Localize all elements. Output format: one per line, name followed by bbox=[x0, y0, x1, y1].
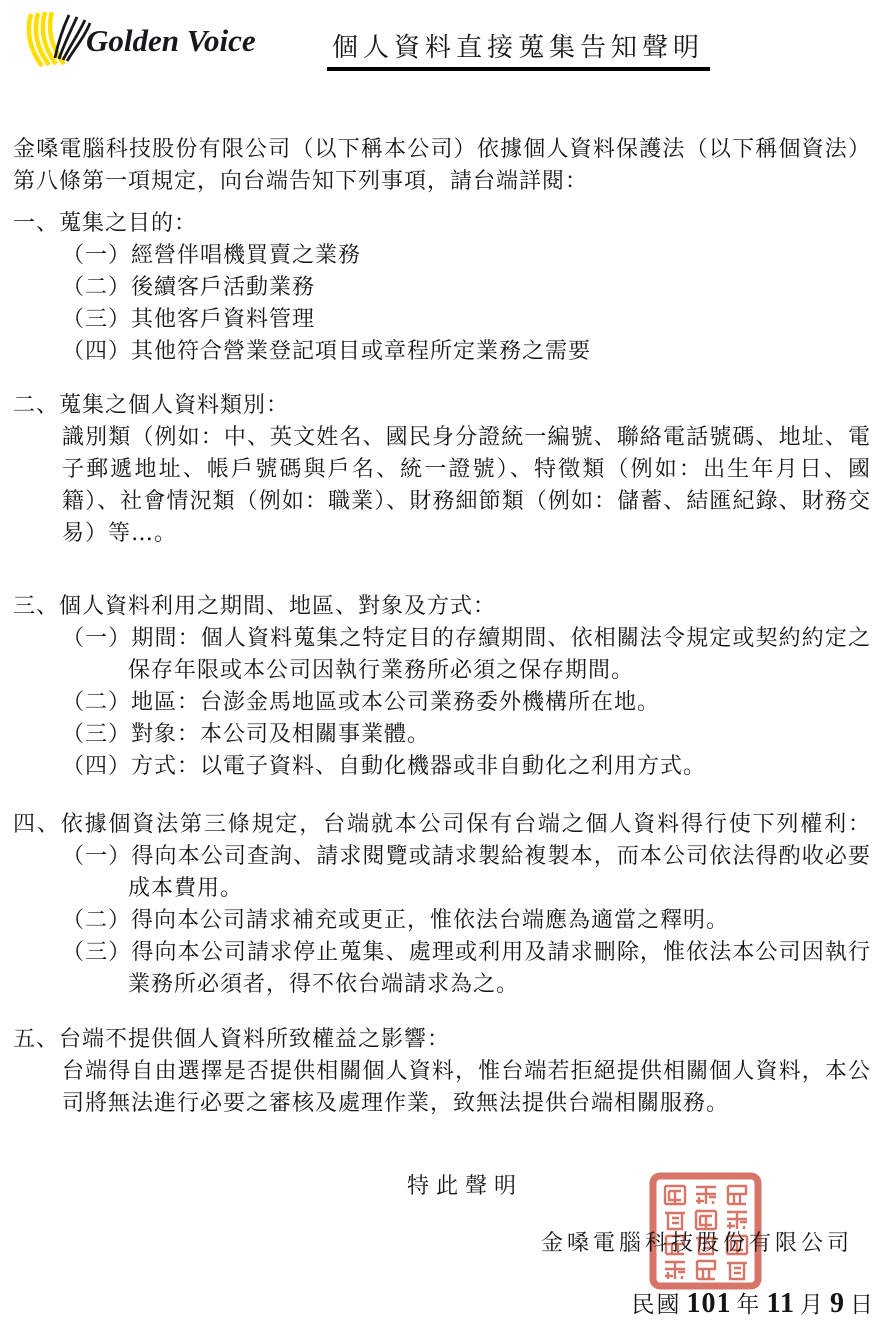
section-heading: 四、依據個資法第三條規定，台端就本公司保有台端之個人資料得行使下列權利： bbox=[13, 809, 871, 841]
intro-paragraph: 金嗓電腦科技股份有限公司（以下稱本公司）依據個人資料保護法（以下稱個資法）第八條… bbox=[13, 134, 871, 198]
section-body: 台端得自由選擇是否提供相關個人資料，惟台端若拒絕提供相關個人資料，本公司將無法進… bbox=[62, 1056, 871, 1120]
document-date: 民國101年11月9日 bbox=[632, 1288, 875, 1321]
list-item: （一）期間：個人資料蒐集之特定目的存續期間、依相關法令規定或契約約定之保存年限或… bbox=[13, 623, 871, 687]
closing-statement: 特此聲明 bbox=[407, 1171, 523, 1203]
brand-name: Golden Voice bbox=[86, 23, 256, 59]
list-item: （三）對象：本公司及相關事業體。 bbox=[13, 719, 871, 751]
section-body: 識別類（例如：中、英文姓名、國民身分證統一編號、聯絡電話號碼、地址、電子郵遞地址… bbox=[62, 422, 871, 550]
section-usage-scope: 三、個人資料利用之期間、地區、對象及方式： （一）期間：個人資料蒐集之特定目的存… bbox=[13, 591, 871, 783]
document-page: Golden Voice 個人資料直接蒐集告知聲明 金嗓電腦科技股份有限公司（以… bbox=[0, 0, 886, 1328]
section-heading: 一、蒐集之目的： bbox=[13, 208, 871, 240]
date-year: 101 bbox=[687, 1288, 732, 1319]
section-collection-purpose: 一、蒐集之目的： （一）經營伴唱機買賣之業務 （二）後續客戶活動業務 （三）其他… bbox=[13, 208, 871, 368]
list-item: （二）後續客戶活動業務 bbox=[13, 272, 871, 304]
list-item: （二）地區：台澎金馬地區或本公司業務委外機構所在地。 bbox=[13, 687, 871, 719]
date-month: 11 bbox=[767, 1288, 795, 1319]
page-title: 個人資料直接蒐集告知聲明 bbox=[327, 27, 710, 71]
date-year-unit: 年 bbox=[737, 1292, 762, 1318]
section-rights: 四、依據個資法第三條規定，台端就本公司保有台端之個人資料得行使下列權利： （一）… bbox=[13, 809, 871, 1001]
section-data-categories: 二、蒐集之個人資料類別： 識別類（例如：中、英文姓名、國民身分證統一編號、聯絡電… bbox=[13, 390, 871, 550]
section-consequences: 五、台端不提供個人資料所致權益之影響： 台端得自由選擇是否提供相關個人資料，惟台… bbox=[13, 1024, 871, 1120]
section-heading: 五、台端不提供個人資料所致權益之影響： bbox=[13, 1024, 871, 1056]
list-item: （一）得向本公司查詢、請求閱覽或請求製給複製本，而本公司依法得酌收必要成本費用。 bbox=[13, 841, 871, 905]
list-item: （二）得向本公司請求補充或更正，惟依法台端應為適當之釋明。 bbox=[13, 905, 871, 937]
date-day: 9 bbox=[830, 1288, 845, 1319]
date-month-unit: 月 bbox=[800, 1292, 825, 1318]
date-day-unit: 日 bbox=[850, 1292, 875, 1318]
golden-voice-stripes-icon bbox=[22, 12, 92, 70]
list-item: （一）經營伴唱機買賣之業務 bbox=[13, 240, 871, 272]
list-item: （四）其他符合營業登記項目或章程所定業務之需要 bbox=[13, 336, 871, 368]
section-heading: 二、蒐集之個人資料類別： bbox=[13, 390, 871, 422]
list-item: （三）其他客戶資料管理 bbox=[13, 304, 871, 336]
list-item: （三）得向本公司請求停止蒐集、處理或利用及請求刪除，惟依法本公司因執行業務所必須… bbox=[13, 937, 871, 1001]
golden-voice-logo: Golden Voice bbox=[22, 12, 256, 70]
section-heading: 三、個人資料利用之期間、地區、對象及方式： bbox=[13, 591, 871, 623]
date-era: 民國 bbox=[632, 1292, 682, 1318]
list-item: （四）方式：以電子資料、自動化機器或非自動化之利用方式。 bbox=[13, 751, 871, 783]
signature-company-name: 金嗓電腦科技股份有限公司 bbox=[541, 1228, 853, 1260]
